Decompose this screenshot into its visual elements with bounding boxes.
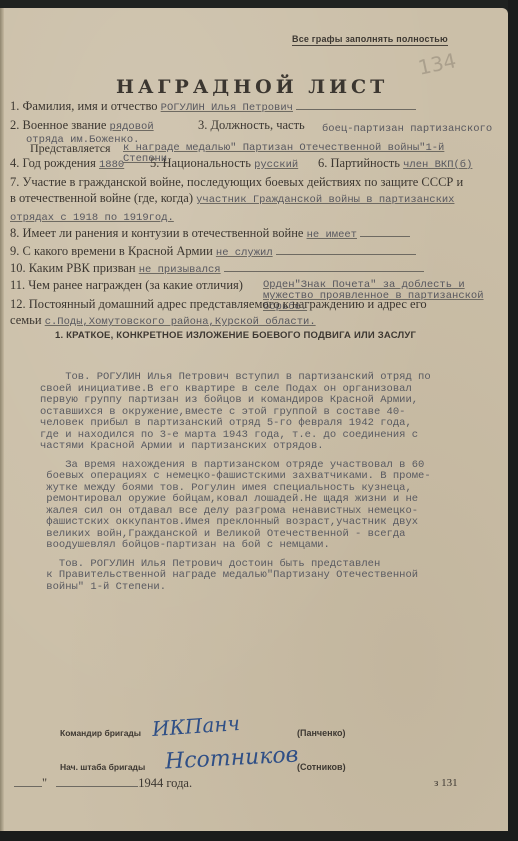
pencil-archive-number: 134	[416, 48, 458, 79]
field-value: не призывался	[139, 264, 221, 276]
section-heading-feat: 1. КРАТКОЕ, КОНКРЕТНОЕ ИЗЛОЖЕНИЕ БОЕВОГО…	[55, 330, 416, 341]
narrative-line: первую группу партизан из бойцов и коман…	[40, 395, 480, 407]
narrative-line: человек прибыл в партизанский отряд 5-го…	[40, 418, 480, 430]
field-label: 10. Каким РВК призван	[10, 261, 136, 275]
award-sheet-page: Все графы заполнять полностью 134 НАГРАД…	[0, 8, 508, 831]
sheet-number: з 131	[434, 777, 458, 789]
field-nationality: 5. Национальность русский	[150, 156, 298, 171]
field-full-name: 1. Фамилия, имя и отчество РОГУЛИН Илья …	[10, 99, 416, 114]
field-draft-office: 10. Каким РВК призван не призывался	[10, 261, 424, 276]
field-wounds: 8. Имеет ли ранения и контузии в отечест…	[10, 226, 410, 241]
date-line: " 1944 года.	[14, 776, 192, 791]
chief-of-staff-name: (Сотников)	[297, 762, 346, 772]
field-value: не служил	[216, 247, 273, 259]
field-party: 6. Партийность член ВКП(б)	[318, 156, 472, 171]
fill-line	[224, 271, 424, 272]
narrative-line: фашистских оккупантов.Имея преклонный во…	[40, 517, 480, 529]
field-red-army-since: 9. С какого времени в Красной Армии не с…	[10, 244, 416, 259]
field-value: не имеет	[307, 229, 357, 241]
narrative-line: частями Красной Армии и партизанских отр…	[40, 441, 480, 453]
chief-of-staff-label: Нач. штаба бригады	[60, 762, 145, 772]
field-presented-for: Представляется	[30, 141, 111, 156]
fill-line	[360, 236, 410, 237]
narrative-line: к Правительственной награде медалью"Парт…	[40, 570, 480, 582]
field-label: 4. Год рождения	[10, 156, 96, 170]
day-blank	[14, 786, 42, 787]
field-home-address: 12. Постоянный домашний адрес представля…	[10, 296, 460, 330]
fill-line	[296, 109, 416, 110]
field-label: 11. Чем ранее награжден (за какие отличи…	[10, 278, 243, 292]
field-value: член ВКП(б)	[403, 159, 472, 171]
field-label: 5. Национальность	[150, 156, 251, 170]
field-value: с.Поды,Хомутовского района,Курской облас…	[45, 316, 316, 328]
field-value: русский	[254, 159, 298, 171]
narrative-line: ремонтировал оружие бойцам,ковал лошадей…	[40, 494, 480, 506]
narrative-line: боевых операциях с немецко-фашистскими з…	[40, 471, 480, 483]
narrative-line: войны" 1-й Степени.	[40, 582, 480, 594]
commander-name: (Панченко)	[297, 728, 345, 738]
document-title: НАГРАДНОЙ ЛИСТ	[116, 76, 388, 98]
commander-signature: ИКПанч	[151, 711, 240, 741]
field-civil-war-participation: 7. Участие в гражданской войне, последую…	[10, 174, 465, 226]
page-edge	[0, 8, 4, 831]
field-value: РОГУЛИН Илья Петрович	[161, 102, 293, 114]
fill-line	[276, 254, 416, 255]
scanner-frame-bottom	[0, 831, 518, 841]
scanner-frame-right	[508, 0, 518, 841]
field-label: 8. Имеет ли ранения и контузии в отечест…	[10, 226, 303, 240]
field-label: 1. Фамилия, имя и отчество	[10, 99, 158, 113]
fill-all-fields-note: Все графы заполнять полностью	[292, 34, 448, 46]
commander-label: Командир бригады	[60, 728, 141, 738]
field-previous-awards: 11. Чем ранее награжден (за какие отличи…	[10, 278, 243, 293]
narrative-text: Тов. РОГУЛИН Илья Петрович вступил в пар…	[40, 372, 480, 593]
field-label: Представляется	[30, 141, 111, 155]
field-label: 9. С какого времени в Красной Армии	[10, 244, 213, 258]
date-year: 1944 года.	[138, 776, 192, 790]
month-blank	[56, 786, 138, 787]
date-quote: "	[42, 776, 47, 790]
field-label: 6. Партийность	[318, 156, 400, 170]
narrative-line: воодушевлял бойцов-партизан на бой с нем…	[40, 540, 480, 552]
field-birth-year: 4. Год рождения 1880	[10, 156, 124, 171]
narrative-line: Тов. РОГУЛИН Илья Петрович вступил в пар…	[40, 372, 480, 384]
field-value: 1880	[99, 159, 124, 171]
chief-of-staff-signature: Нсотников	[164, 743, 299, 775]
